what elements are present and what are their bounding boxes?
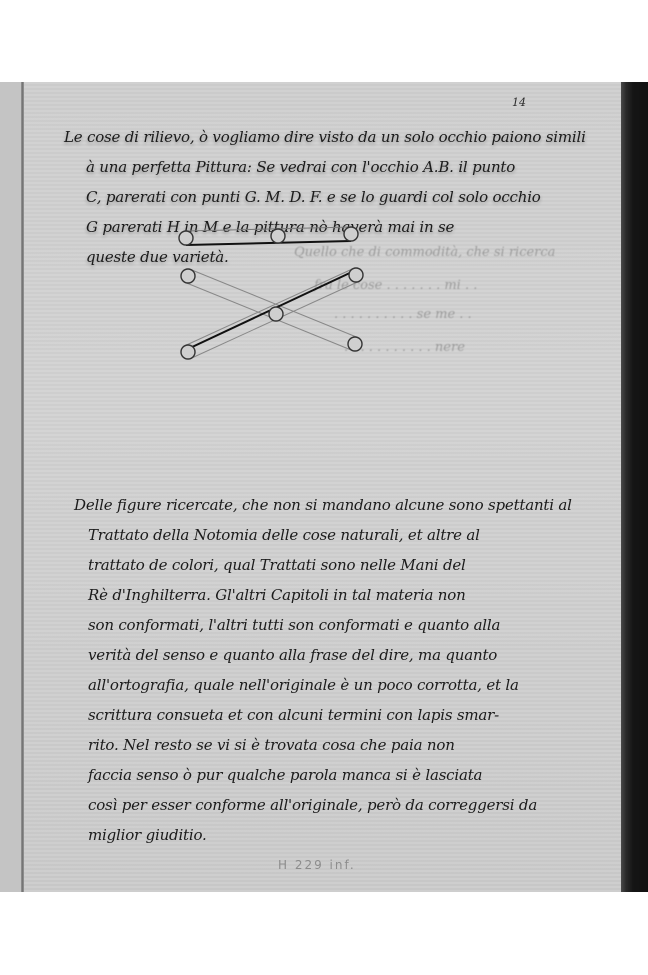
shelfmark: H 229 inf. — [278, 858, 356, 872]
bleed-through-line: Quello che di commodità, che si ricerca — [294, 245, 555, 260]
text-line: Trattato della Notomia delle cose natura… — [88, 526, 480, 544]
text-line: scrittura consueta et con alcuni termini… — [88, 706, 499, 724]
text-line: Delle figure ricercate, che non si manda… — [74, 496, 572, 514]
text-line: trattato de colori, qual Trattati sono n… — [88, 556, 466, 574]
manuscript-scan: 14 Quello che di commodità, che si ricer… — [0, 82, 648, 892]
bleed-through-line: . . . . . . . . . . se me . . — [334, 307, 472, 322]
text-line: C, parerati con punti G. M. D. F. e se l… — [86, 188, 541, 206]
facing-page-edge — [0, 82, 21, 892]
bleed-through-line: fra le cose . . . . . . . mi . . — [314, 278, 477, 293]
binding-edge — [621, 82, 648, 892]
folio-number: 14 — [512, 96, 526, 109]
text-line: Le cose di rilievo, ò vogliamo dire vist… — [64, 128, 586, 146]
text-line: Rè d'Inghilterra. Gl'altri Capitoli in t… — [88, 586, 466, 604]
manuscript-page: 14 Quello che di commodità, che si ricer… — [24, 82, 621, 892]
text-line: queste due varietà. — [86, 248, 229, 266]
text-line: G parerati H in M e la pittura nò haverà… — [86, 218, 454, 236]
bleed-through-line: . . . . . . . . . . . nere — [344, 340, 465, 355]
text-line: all'ortografia, quale nell'originale è u… — [88, 676, 519, 694]
text-line: son conformati, l'altri tutti son confor… — [88, 616, 500, 634]
text-line: rito. Nel resto se vi si è trovata cosa … — [88, 736, 455, 754]
text-line: miglior giuditio. — [88, 826, 207, 844]
text-line: così per esser conforme all'originale, p… — [88, 796, 537, 814]
text-line: faccia senso ò pur qualche parola manca … — [88, 766, 482, 784]
text-line: à una perfetta Pittura: Se vedrai con l'… — [86, 158, 515, 176]
text-line: verità del senso e quanto alla frase del… — [88, 646, 497, 664]
